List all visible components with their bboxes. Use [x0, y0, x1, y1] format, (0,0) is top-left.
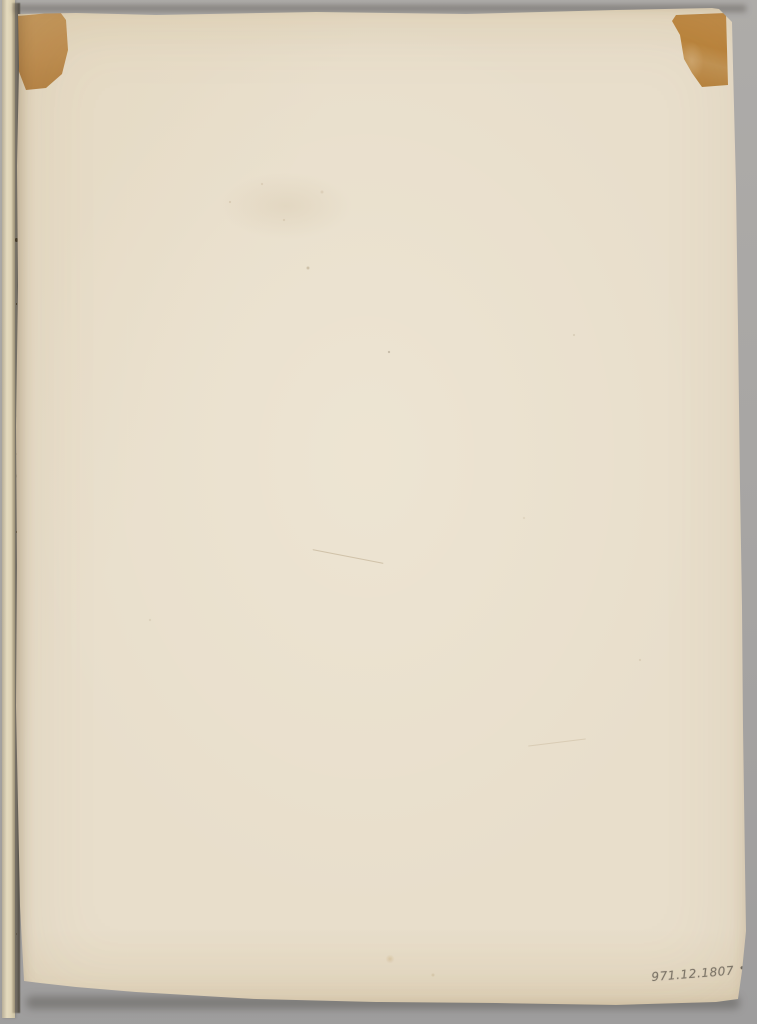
- gutter-specks: [15, 238, 18, 242]
- photo-backdrop: 971.12.1807•: [0, 0, 757, 1024]
- inscription-dot: •: [739, 962, 747, 976]
- album-page: 971.12.1807•: [16, 6, 746, 1008]
- page-vignette: [16, 6, 746, 1008]
